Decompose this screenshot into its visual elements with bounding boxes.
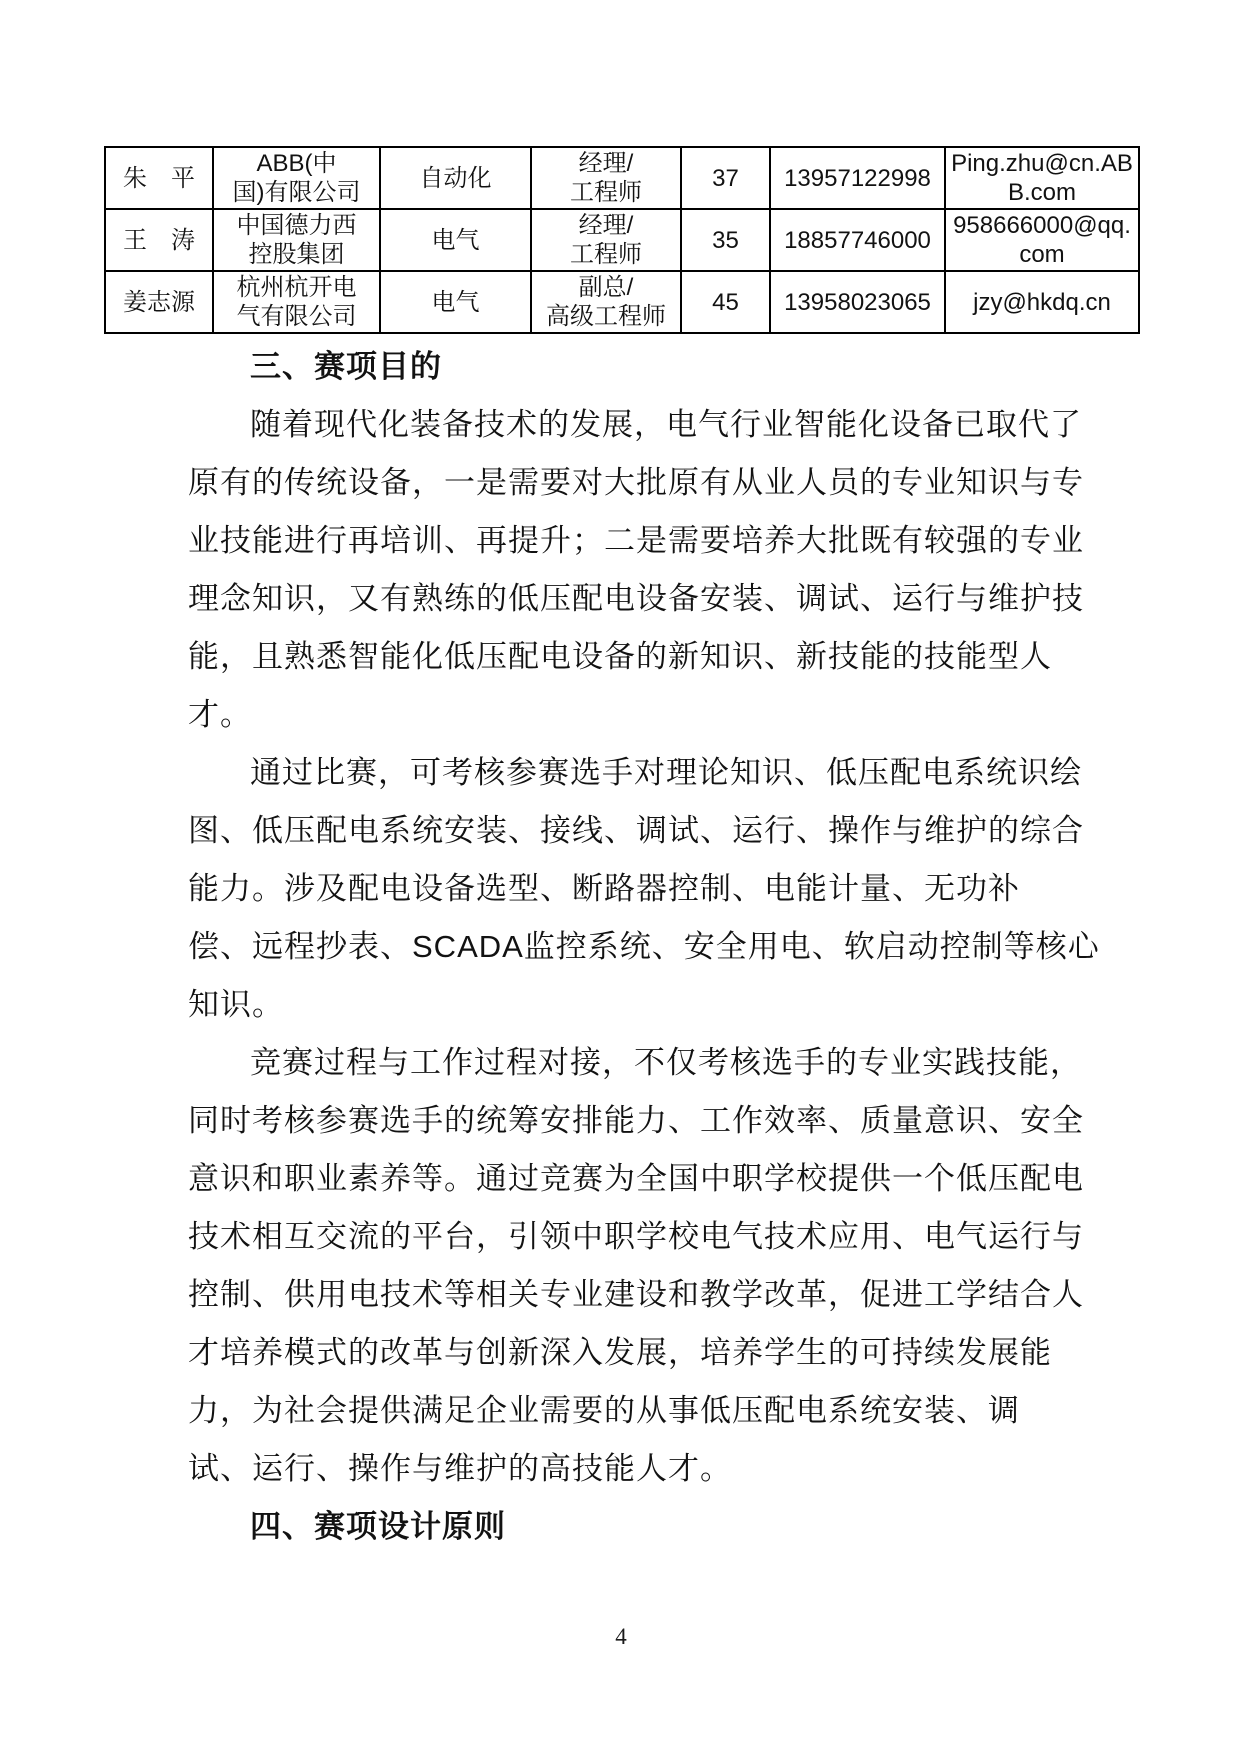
cell-title: 副总/ 高级工程师 bbox=[531, 271, 681, 333]
document-page: 朱 平 ABB(中 国)有限公司 自动化 经理/ 工程师 37 13957122… bbox=[0, 0, 1241, 1754]
purpose-paragraph-2: 通过比赛，可考核参赛选手对理论知识、低压配电系统识绘 图、低压配电系统安装、接线… bbox=[188, 744, 1138, 1034]
cell-phone: 13957122998 bbox=[770, 147, 945, 209]
cell-field: 电气 bbox=[380, 271, 531, 333]
purpose-paragraph-1: 随着现代化装备技术的发展，电气行业智能化设备已取代了 原有的传统设备，一是需要对… bbox=[188, 396, 1138, 744]
cell-email: Ping.zhu@cn.ABB.com bbox=[945, 147, 1139, 209]
cell-age: 37 bbox=[681, 147, 770, 209]
cell-email: jzy@hkdq.cn bbox=[945, 271, 1139, 333]
cell-title: 经理/ 工程师 bbox=[531, 209, 681, 271]
cell-phone: 13958023065 bbox=[770, 271, 945, 333]
table-row: 王 涛 中国德力西 控股集团 电气 经理/ 工程师 35 18857746000… bbox=[105, 209, 1139, 271]
table-row: 朱 平 ABB(中 国)有限公司 自动化 经理/ 工程师 37 13957122… bbox=[105, 147, 1139, 209]
purpose-paragraph-3: 竞赛过程与工作过程对接，不仅考核选手的专业实践技能， 同时考核参赛选手的统筹安排… bbox=[188, 1034, 1138, 1498]
cell-name: 王 涛 bbox=[105, 209, 213, 271]
cell-title: 经理/ 工程师 bbox=[531, 147, 681, 209]
section-heading-design-principles: 四、赛项设计原则 bbox=[188, 1498, 1138, 1556]
cell-name: 朱 平 bbox=[105, 147, 213, 209]
cell-age: 45 bbox=[681, 271, 770, 333]
page-number: 4 bbox=[104, 1624, 1138, 1650]
cell-age: 35 bbox=[681, 209, 770, 271]
experts-table: 朱 平 ABB(中 国)有限公司 自动化 经理/ 工程师 37 13957122… bbox=[104, 146, 1140, 334]
cell-phone: 18857746000 bbox=[770, 209, 945, 271]
cell-company: 中国德力西 控股集团 bbox=[213, 209, 380, 271]
table-row: 姜志源 杭州杭开电 气有限公司 电气 副总/ 高级工程师 45 13958023… bbox=[105, 271, 1139, 333]
cell-field: 电气 bbox=[380, 209, 531, 271]
cell-field: 自动化 bbox=[380, 147, 531, 209]
cell-company: 杭州杭开电 气有限公司 bbox=[213, 271, 380, 333]
section-heading-purpose: 三、赛项目的 bbox=[188, 338, 1138, 396]
document-body: 三、赛项目的 随着现代化装备技术的发展，电气行业智能化设备已取代了 原有的传统设… bbox=[188, 338, 1138, 1556]
cell-company: ABB(中 国)有限公司 bbox=[213, 147, 380, 209]
cell-email: 958666000@qq.com bbox=[945, 209, 1139, 271]
cell-name: 姜志源 bbox=[105, 271, 213, 333]
